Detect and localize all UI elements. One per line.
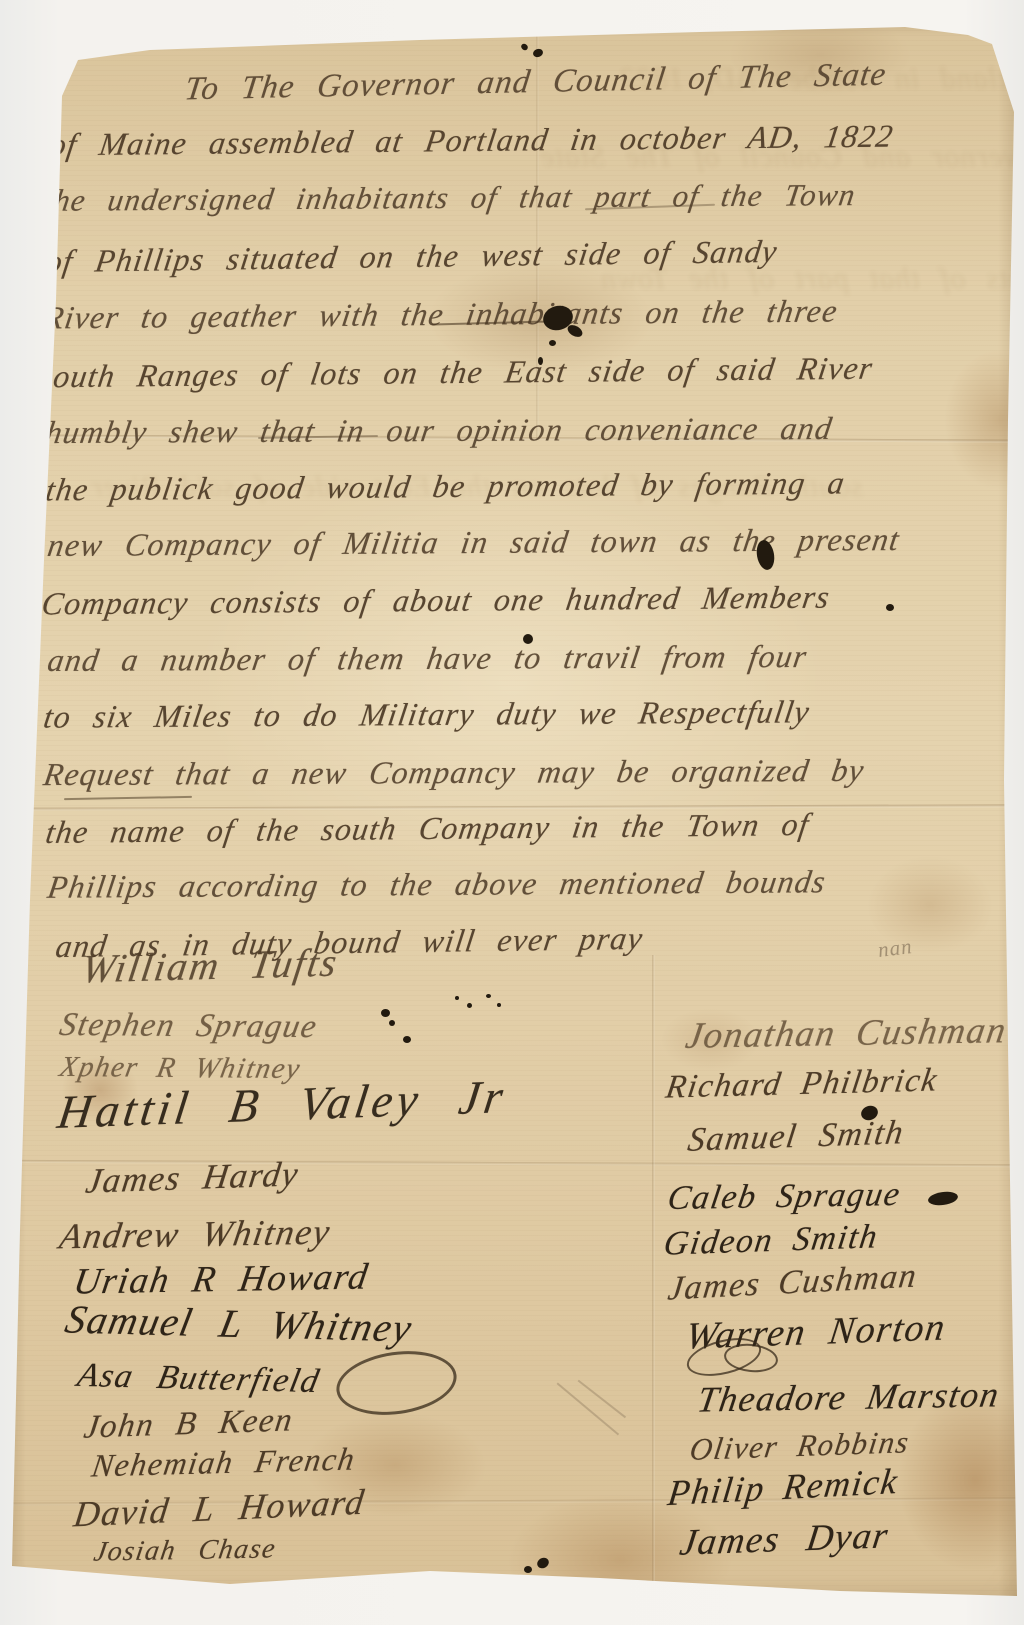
ink-blot [927,1190,959,1207]
body-line: To The Governor and Council of The State [183,57,889,109]
body-line: to six Miles to do Military duty we Resp… [41,693,813,735]
fold-crease [652,955,655,1625]
ink-blot [520,42,529,51]
body-line: River to geather with the inhabitants on… [41,293,840,337]
pencil-scratch [557,1382,619,1435]
body-line: Compancy consists of about one hundred M… [39,579,832,623]
pencil-scratch [578,1380,626,1418]
signature: John B Keen [81,1402,295,1447]
signature: Josiah Chase [91,1533,278,1568]
body-line: the publick good would be promoted by fo… [43,464,848,508]
ink-blot [524,1566,532,1573]
manuscript-page: To The Governor and Council of The State… [0,0,1024,1625]
signature: Richard Philbrick [663,1062,940,1106]
signature: Nehemiah French [89,1440,358,1484]
signature: David L Howard [71,1481,367,1536]
ink-blot [886,604,894,611]
signature: Samuel Smith [685,1114,906,1160]
signature: Jonathan Cushman [683,1009,1011,1058]
signature-flourish [332,1344,460,1422]
body-line: south Ranges of lots on the East side of… [37,350,875,396]
signature: Caleb Sprague [665,1176,904,1218]
signature: Theadore Marston [695,1373,1003,1420]
signature: Asa Butterfield [74,1357,323,1401]
signature: Gideon Smith [661,1218,880,1264]
signature: James Dyar [677,1514,892,1565]
ink-blot [549,340,556,346]
ink-blot [455,996,459,1000]
body-line: Request that a new Compancy may be organ… [41,752,867,793]
underline-mark [64,796,192,800]
signature: Andrew Whitney [57,1211,334,1258]
ink-blot [486,994,491,998]
signature: James Cushman [666,1257,920,1308]
body-line: humbly shew that in our opinion convenia… [43,410,835,451]
signature: Stephen Sprague [57,1007,321,1046]
signature: Samuel L Whitney [61,1296,417,1352]
body-line: and a number of them have to travil from… [45,638,810,679]
signature: Philip Remick [666,1460,901,1514]
margin-note-pencil: nan [877,934,914,963]
body-line: Phillips according to the above mentione… [45,863,828,905]
signature: William Tufts [79,939,342,993]
ink-blot [497,1003,501,1007]
body-line: the name of the south Company in the Tow… [43,806,812,851]
body-line: The undersigned inhabitants of that part… [33,177,858,219]
ink-blot [403,1036,411,1043]
signature: James Hardy [83,1154,301,1202]
ink-blot [523,634,533,644]
scan-background: To The Governor and Council of The State… [0,0,1024,1625]
ink-blot [538,357,543,365]
ink-blot [535,1556,550,1571]
ink-blot [467,1003,472,1008]
ink-blot [389,1020,395,1026]
ink-blot [381,1009,390,1017]
ink-blot [532,48,544,59]
